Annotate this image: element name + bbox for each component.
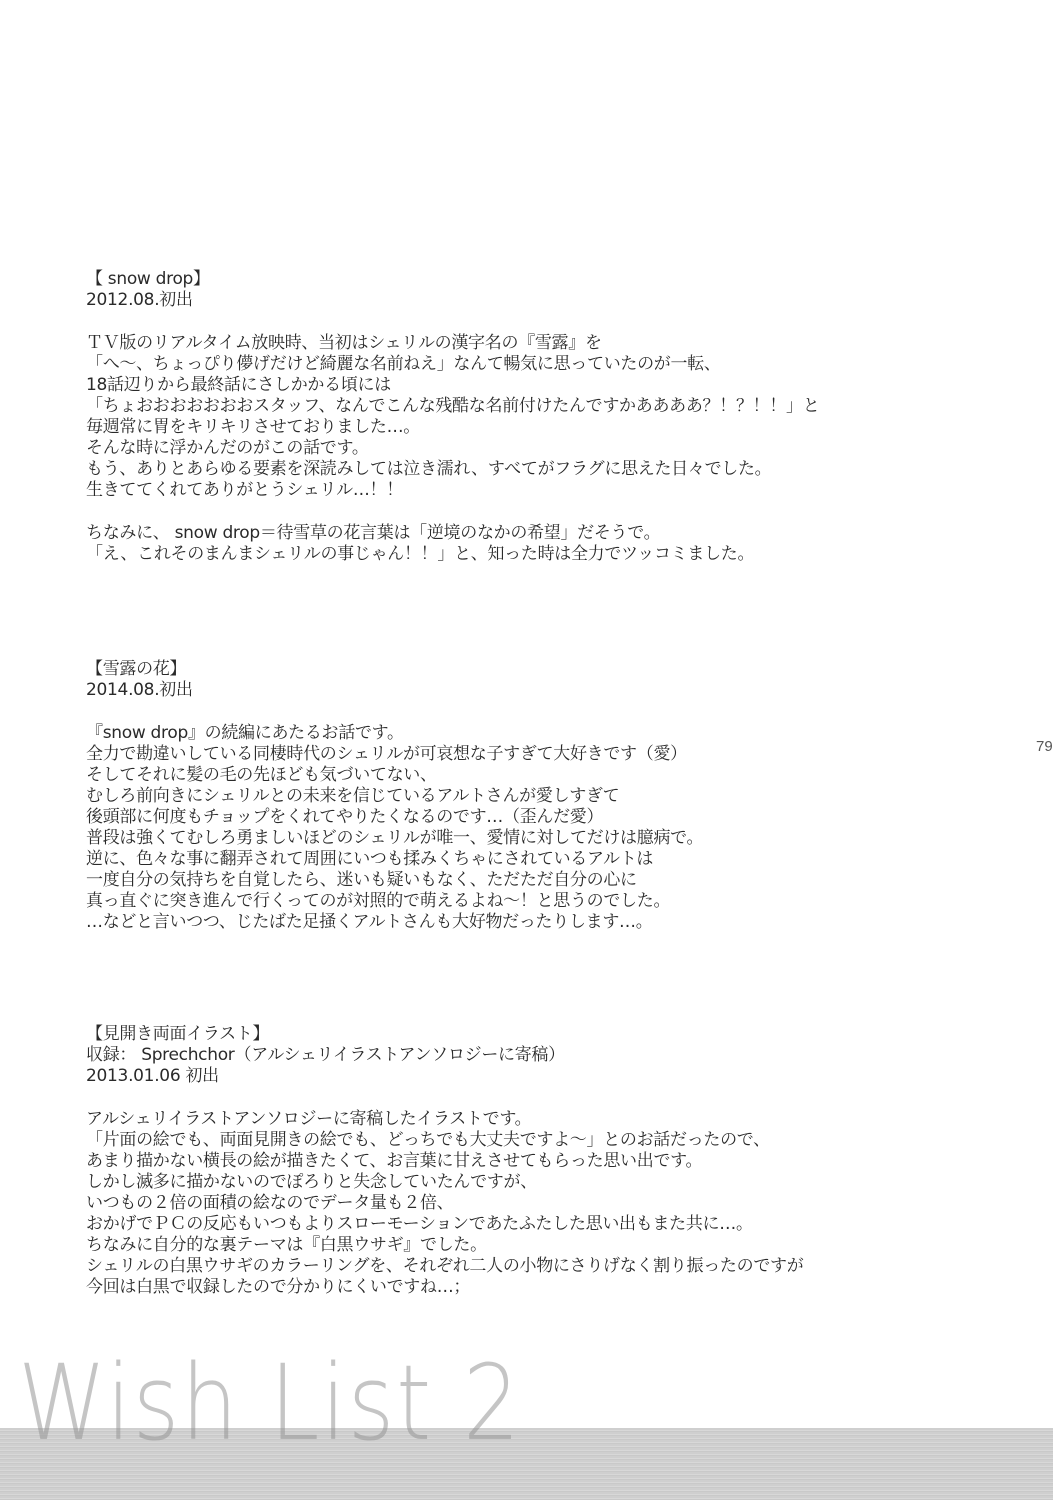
paragraph: ＴＶ版のリアルタイム放映時、当初はシェリルの漢字名の『雪露』を 「へ～、ちょっぴ…: [86, 333, 966, 501]
text-line: 真っ直ぐに突き進んで行くってのが対照的で萌えるよね～！と思うのでした。: [86, 891, 966, 912]
text-line: 全力で勘違いしている同棲時代のシェリルが可哀想な子すぎて大好きです（愛）: [86, 744, 966, 765]
section-title: 【雪露の花】: [86, 659, 966, 680]
text-line: 「へ～、ちょっぴり儚げだけど綺麗な名前ねえ」なんて暢気に思っていたのが一転、: [86, 354, 966, 375]
text-line: しかし滅多に描かないのでぽろりと失念していたんですが、: [86, 1172, 966, 1193]
text-line: 逆に、色々な事に翻弄されて周囲にいつも揉みくちゃにされているアルトは: [86, 849, 966, 870]
section-snow-drop: 【 snow drop】 2012.08.初出 ＴＶ版のリアルタイム放映時、当初…: [86, 269, 966, 565]
footer-title: Wish List 2: [18, 1348, 522, 1458]
text-line: もう、ありとあらゆる要素を深読みしては泣き濡れ、すべてがフラグに思えた日々でした…: [86, 459, 966, 480]
text-line: アルシェリイラストアンソロジーに寄稿したイラストです。: [86, 1109, 966, 1130]
paragraph: アルシェリイラストアンソロジーに寄稿したイラストです。 「片面の絵でも、両面見開…: [86, 1109, 966, 1298]
section-setsuro-no-hana: 【雪露の花】 2014.08.初出 『snow drop』の続編にあたるお話です…: [86, 659, 966, 933]
text-line: 『snow drop』の続編にあたるお話です。: [86, 723, 966, 744]
section-spread-illustration: 【見開き両面イラスト】 収録： Sprechchor（アルシェリイラストアンソロ…: [86, 1024, 966, 1298]
paragraph: ちなみに、 snow drop＝待雪草の花言葉は「逆境のなかの希望」だそうで。 …: [86, 523, 966, 565]
paragraph: 『snow drop』の続編にあたるお話です。 全力で勘違いしている同棲時代のシ…: [86, 723, 966, 933]
collection-info: 収録： Sprechchor（アルシェリイラストアンソロジーに寄稿）: [86, 1045, 966, 1066]
text-line: シェリルの白黒ウサギのカラーリングを、それぞれ二人の小物にさりげなく割り振ったの…: [86, 1256, 966, 1277]
text-line: 「え、これそのまんまシェリルの事じゃん！！」と、知った時は全力でツッコミました。: [86, 544, 966, 565]
text-line: 後頭部に何度もチョップをくれてやりたくなるのです…（歪んだ愛）: [86, 807, 966, 828]
page-number: 79: [1036, 738, 1053, 755]
text-line: 「ちょおおおおおおおスタッフ、なんでこんな残酷な名前付けたんですかああああ？！？…: [86, 396, 966, 417]
text-line: あまり描かない横長の絵が描きたくて、お言葉に甘えさせてもらった思い出です。: [86, 1151, 966, 1172]
publication-date: 2014.08.初出: [86, 680, 966, 701]
text-line: むしろ前向きにシェリルとの未来を信じているアルトさんが愛しすぎて: [86, 786, 966, 807]
text-line: おかげでＰＣの反応もいつもよりスローモーションであたふたした思い出もまた共に…。: [86, 1214, 966, 1235]
text-line: そしてそれに髪の毛の先ほども気づいてない、: [86, 765, 966, 786]
text-line: 「片面の絵でも、両面見開きの絵でも、どっちでも大丈夫ですよ～」とのお話だったので…: [86, 1130, 966, 1151]
text-line: 18話辺りから最終話にさしかかる頃には: [86, 375, 966, 396]
section-title: 【 snow drop】: [86, 269, 966, 290]
text-line: ちなみに、 snow drop＝待雪草の花言葉は「逆境のなかの希望」だそうで。: [86, 523, 966, 544]
text-line: …などと言いつつ、じたばた足掻くアルトさんも大好物だったりします…。: [86, 912, 966, 933]
text-line: ちなみに自分的な裏テーマは『白黒ウサギ』でした。: [86, 1235, 966, 1256]
text-line: 今回は白黒で収録したので分かりにくいですね…；: [86, 1277, 966, 1298]
text-line: 普段は強くてむしろ勇ましいほどのシェリルが唯一、愛情に対してだけは臆病で。: [86, 828, 966, 849]
text-line: 一度自分の気持ちを自覚したら、迷いも疑いもなく、ただただ自分の心に: [86, 870, 966, 891]
text-line: 生きててくれてありがとうシェリル…！！: [86, 480, 966, 501]
publication-date: 2012.08.初出: [86, 290, 966, 311]
afterword-page: 【 snow drop】 2012.08.初出 ＴＶ版のリアルタイム放映時、当初…: [0, 0, 1053, 1500]
text-line: 毎週常に胃をキリキリさせておりました…。: [86, 417, 966, 438]
text-line: いつもの２倍の面積の絵なのでデータ量も２倍、: [86, 1193, 966, 1214]
publication-date: 2013.01.06 初出: [86, 1066, 966, 1087]
section-title: 【見開き両面イラスト】: [86, 1024, 966, 1045]
text-line: ＴＶ版のリアルタイム放映時、当初はシェリルの漢字名の『雪露』を: [86, 333, 966, 354]
text-line: そんな時に浮かんだのがこの話です。: [86, 438, 966, 459]
